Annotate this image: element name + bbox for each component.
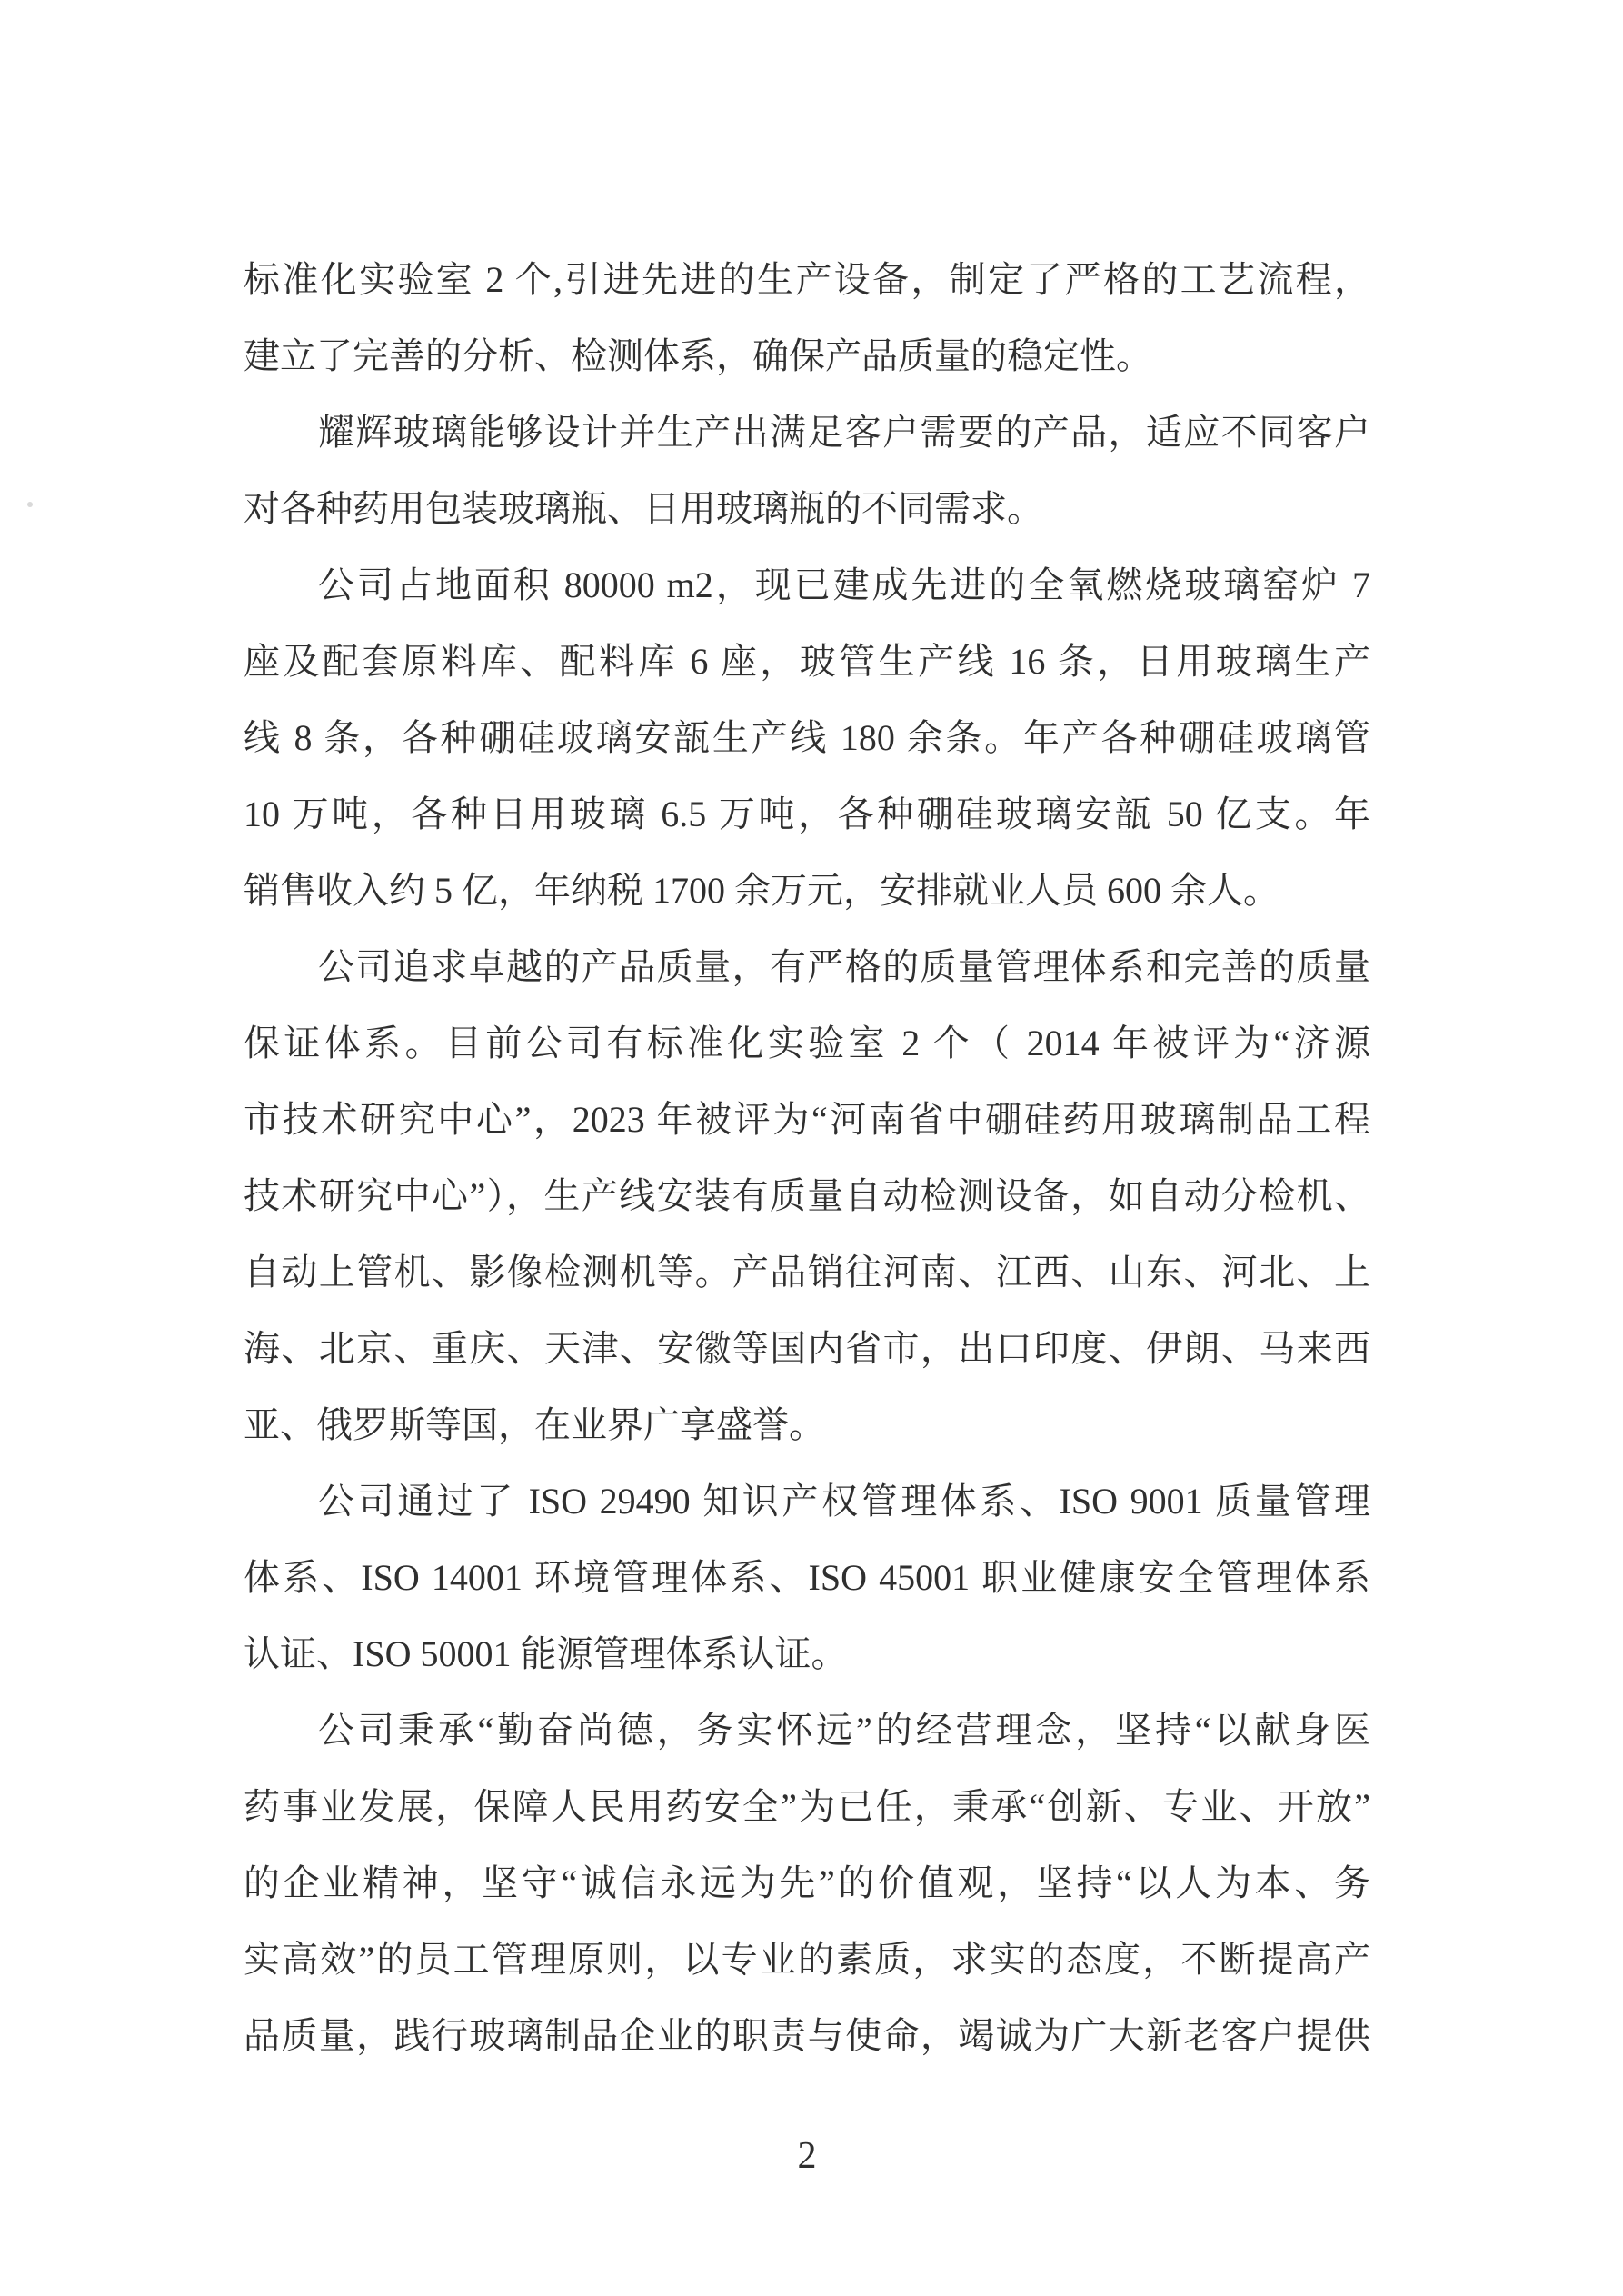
text-line: 公司通过了 ISO 29490 知识产权管理体系、ISO 9001 质量管理 bbox=[244, 1463, 1370, 1540]
text-line: 10 万吨，各种日用玻璃 6.5 万吨，各种硼硅玻璃安瓿 50 亿支。年 bbox=[244, 776, 1370, 853]
text-line: 建立了完善的分析、检测体系，确保产品质量的稳定性。 bbox=[244, 318, 1370, 394]
text-line: 标准化实验室 2 个,引进先进的生产设备，制定了严格的工艺流程， bbox=[244, 242, 1370, 318]
text-line: 线 8 条，各种硼硅玻璃安瓿生产线 180 余条。年产各种硼硅玻璃管 bbox=[244, 700, 1370, 776]
text-line: 耀辉玻璃能够设计并生产出满足客户需要的产品，适应不同客户 bbox=[244, 394, 1370, 471]
text-line: 体系、ISO 14001 环境管理体系、ISO 45001 职业健康安全管理体系 bbox=[244, 1540, 1370, 1616]
text-line: 的企业精神，坚守“诚信永远为先”的价值观，坚持“以人为本、务 bbox=[244, 1845, 1370, 1922]
text-line: 保证体系。目前公司有标准化实验室 2 个（ 2014 年被评为“济源 bbox=[244, 1005, 1370, 1082]
text-block: 标准化实验室 2 个,引进先进的生产设备，制定了严格的工艺流程，建立了完善的分析… bbox=[244, 242, 1370, 2074]
text-line: 座及配套原料库、配料库 6 座，玻管生产线 16 条，日用玻璃生产 bbox=[244, 624, 1370, 700]
document-page: 标准化实验室 2 个,引进先进的生产设备，制定了严格的工艺流程，建立了完善的分析… bbox=[0, 0, 1623, 2296]
text-line: 品质量，践行玻璃制品企业的职责与使命，竭诚为广大新老客户提供 bbox=[244, 1998, 1370, 2074]
text-line: 药事业发展，保障人民用药安全”为已任，秉承“创新、专业、开放” bbox=[244, 1769, 1370, 1845]
text-line: 市技术研究中心”，2023 年被评为“河南省中硼硅药用玻璃制品工程 bbox=[244, 1082, 1370, 1158]
text-line: 海、北京、重庆、天津、安徽等国内省市，出口印度、伊朗、马来西 bbox=[244, 1311, 1370, 1387]
text-line: 自动上管机、影像检测机等。产品销往河南、江西、山东、河北、上 bbox=[244, 1234, 1370, 1311]
text-line: 销售收入约 5 亿，年纳税 1700 余万元，安排就业人员 600 余人。 bbox=[244, 853, 1370, 929]
text-line: 公司秉承“勤奋尚德，务实怀远”的经营理念，坚持“以献身医 bbox=[244, 1692, 1370, 1769]
text-line: 对各种药用包装玻璃瓶、日用玻璃瓶的不同需求。 bbox=[244, 471, 1370, 547]
text-line: 亚、俄罗斯等国，在业界广享盛誉。 bbox=[244, 1387, 1370, 1463]
page-number: 2 bbox=[244, 2118, 1370, 2194]
text-line: 认证、ISO 50001 能源管理体系认证。 bbox=[244, 1616, 1370, 1692]
text-line: 实高效”的员工管理原则，以专业的素质，求实的态度，不断提高产 bbox=[244, 1922, 1370, 1998]
scan-artifact-dot bbox=[27, 502, 33, 507]
text-line: 技术研究中心”），生产线安装有质量自动检测设备，如自动分检机、 bbox=[244, 1158, 1370, 1234]
text-line: 公司占地面积 80000 m2，现已建成先进的全氧燃烧玻璃窑炉 7 bbox=[244, 547, 1370, 624]
text-line: 公司追求卓越的产品质量，有严格的质量管理体系和完善的质量 bbox=[244, 929, 1370, 1005]
